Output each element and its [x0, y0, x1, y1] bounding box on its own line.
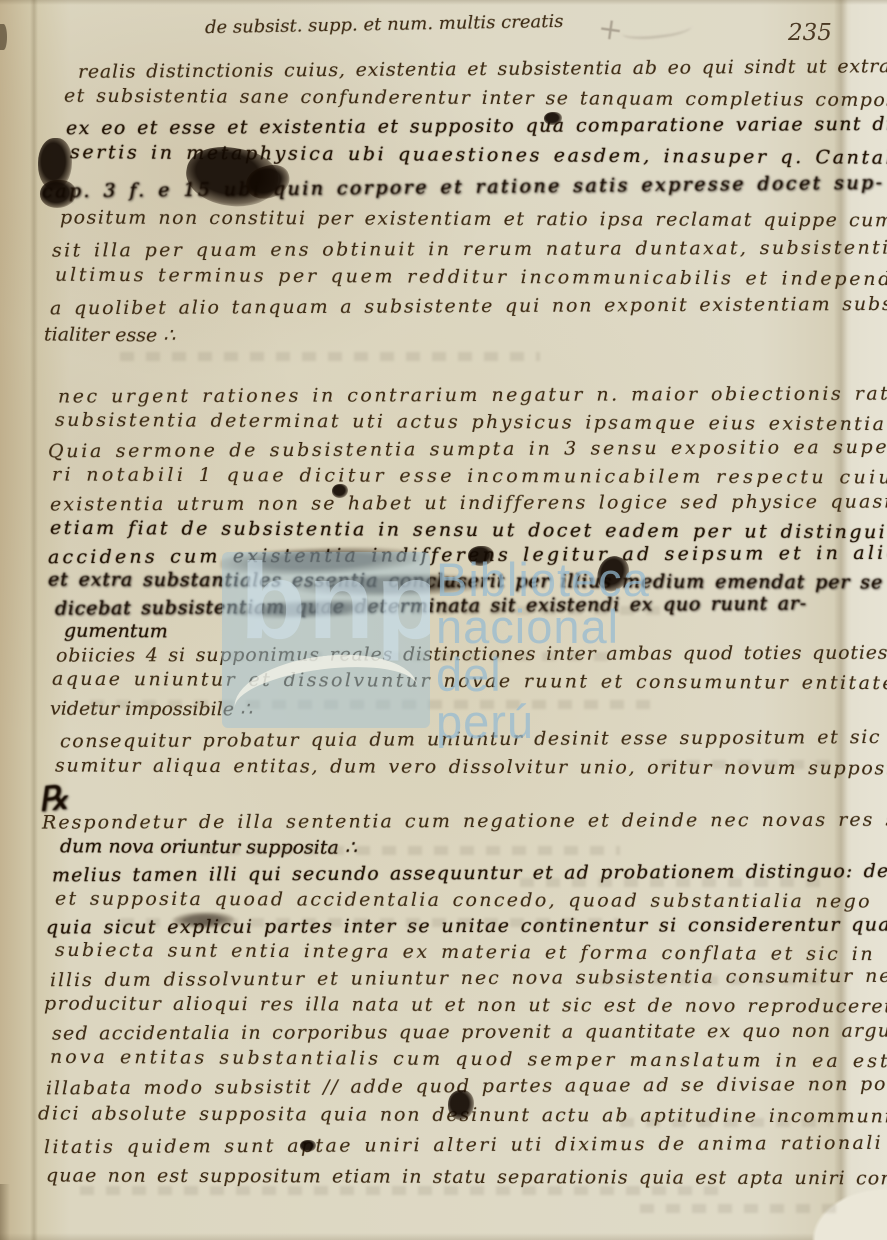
ink-blot [40, 180, 76, 208]
manuscript-line: aquae uniuntur et dissolvuntur novae ruu… [52, 670, 887, 693]
verso-ghost-line [640, 1204, 840, 1213]
page-top-edge [0, 0, 887, 5]
manuscript-line: a quolibet alio tanquam a subsistente qu… [50, 295, 887, 319]
verso-ghost-line [660, 760, 840, 769]
verso-ghost-line [520, 878, 820, 887]
manuscript-line: cap. 3 f. e 15 ubi quin corpore et ratio… [42, 174, 885, 202]
verso-ghost-line [80, 1186, 720, 1195]
manuscript-line: subiecta sunt entia integra ex materia e… [55, 941, 875, 964]
manuscript-scan: de subsist. supp. et num. multis creatis… [0, 0, 887, 1240]
manuscript-line: ri notabili 1 quae dicitur esse incommun… [52, 466, 887, 488]
manuscript-line: realis distinctionis cuius, existentia e… [78, 57, 887, 82]
page-header-title: de subsist. supp. et num. multis creatis [205, 13, 564, 37]
verso-ghost-line [230, 652, 610, 661]
manuscript-line: positum non constitui per existentiam et… [60, 208, 887, 230]
verso-ghost-line [90, 700, 650, 709]
verso-ghost-line [620, 1118, 830, 1127]
manuscript-line: consequitur probatur quia dum uniuntur d… [60, 728, 887, 752]
manuscript-line: ex eo et esse et existentia et supposito… [66, 115, 887, 138]
verso-ghost-line [200, 846, 620, 855]
manuscript-line: sed accidentalia in corporibus quae prov… [52, 1021, 887, 1043]
manuscript-line: etiam fiat de subsistentia in sensu ut d… [50, 519, 887, 542]
binding-nick-bottom [0, 1184, 10, 1240]
ink-smear [174, 911, 234, 928]
page-bottom-edge [0, 1233, 887, 1240]
manuscript-line: Respondetur de illa sententia cum negati… [42, 810, 887, 832]
manuscript-line: Quia sermone de subsistentia sumpta in 3… [48, 438, 887, 462]
verso-ghost-line [600, 976, 820, 985]
manuscript-line: tialiter esse ∴ [44, 325, 175, 345]
binding-crease [30, 0, 38, 1240]
manuscript-line: litatis quidem sunt aptae uniri alteri u… [44, 1134, 883, 1157]
manuscript-line: ultimus terminus per quem redditur incom… [55, 266, 887, 290]
manuscript-line: producitur alioqui res illa nata ut et n… [44, 994, 887, 1016]
manuscript-line: subsistentia determinat uti actus physic… [55, 411, 887, 434]
manuscript-line: nova entitas substantialis cum quod semp… [50, 1048, 887, 1071]
manuscript-line: et supposita quoad accidentalia concedo,… [55, 890, 872, 912]
manuscript-line: sit illa per quam ens obtinuit in rerum … [52, 238, 887, 260]
pencil-scribble [622, 20, 693, 41]
manuscript-line: existentia utrum non se habet ut indiffe… [50, 493, 887, 515]
manuscript-line: nec urgent rationes in contrarium negatu… [58, 385, 887, 407]
folio-number: 235 [788, 20, 832, 46]
manuscript-line: et subsistentia sane confunderentur inte… [64, 87, 887, 111]
binding-nick-top [0, 24, 7, 50]
verso-ghost-line [120, 352, 540, 361]
manuscript-line: gumentum [64, 622, 168, 642]
